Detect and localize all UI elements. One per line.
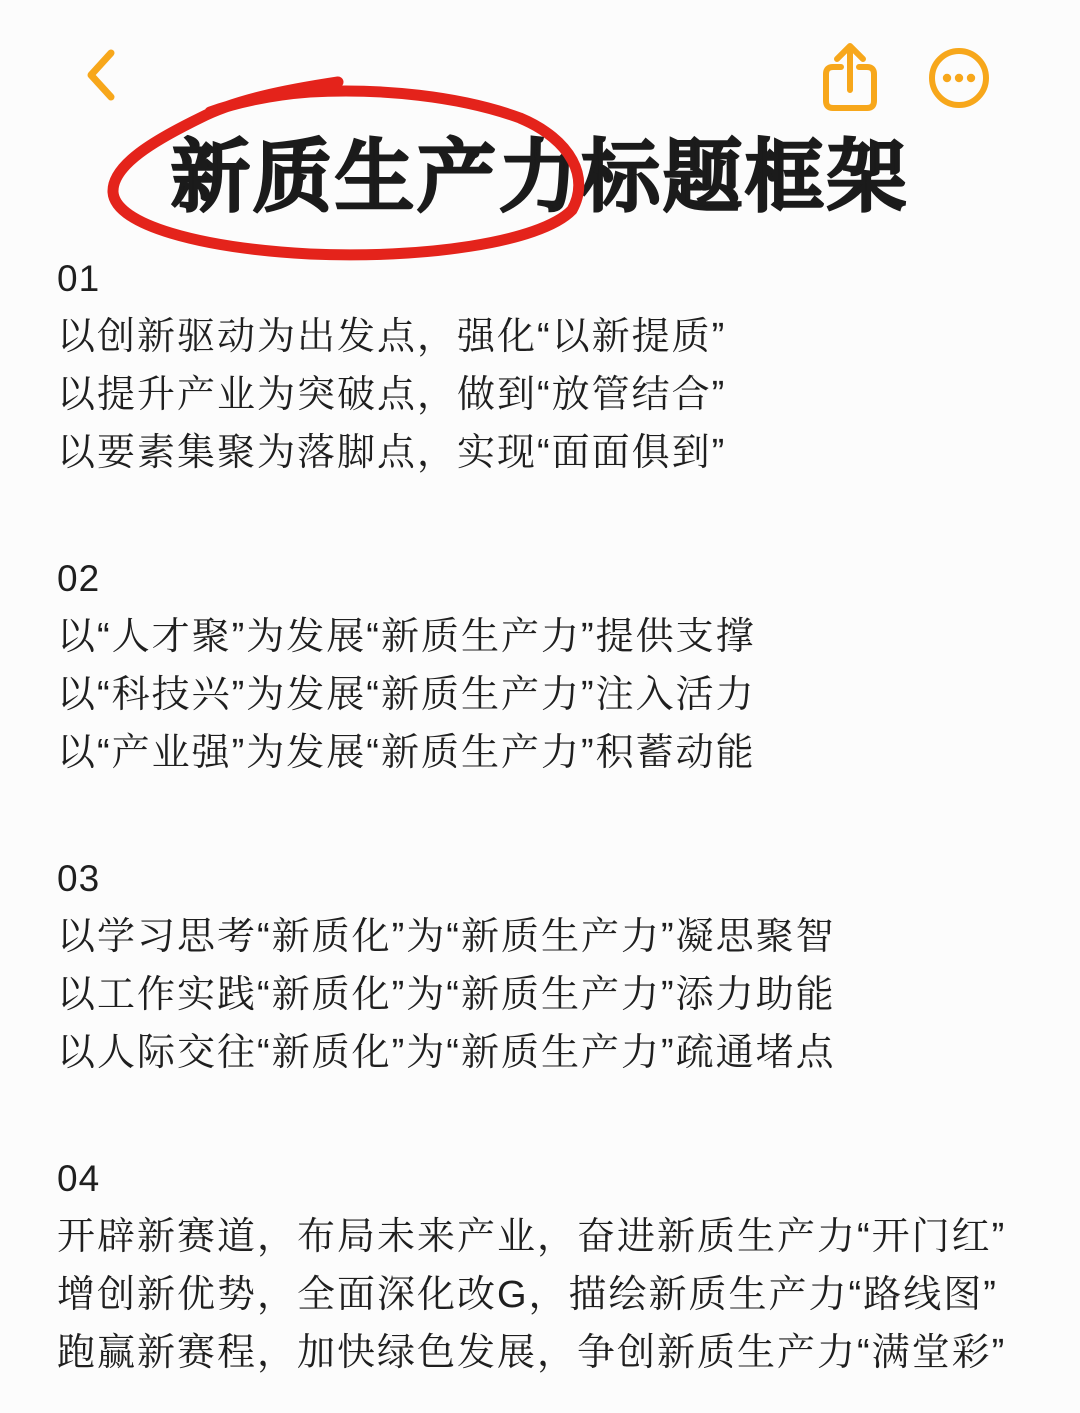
section-line: 增创新优势，全面深化改G，描绘新质生产力“路线图” [57,1266,1050,1324]
section-04: 04 开辟新赛道，布局未来产业，奋进新质生产力“开门红” 增创新优势，全面深化改… [57,1150,1050,1382]
section-line: 以“人才聚”为发展“新质生产力”提供支撑 [57,608,1050,666]
section-number: 04 [57,1150,1050,1208]
share-icon [820,38,880,114]
section-line: 以人际交往“新质化”为“新质生产力”疏通堵点 [57,1024,1050,1082]
section-line: 以“科技兴”为发展“新质生产力”注入活力 [57,666,1050,724]
section-line: 以工作实践“新质化”为“新质生产力”添力助能 [57,966,1050,1024]
back-button[interactable] [80,44,124,109]
section-line: 跑赢新赛程，加快绿色发展，争创新质生产力“满堂彩” [57,1324,1050,1382]
document-page: 新质生产力标题框架 01 以创新驱动为出发点，强化“以新提质” 以提升产业为突破… [0,0,1080,1413]
section-line: 以提升产业为突破点，做到“放管结合” [57,366,1050,424]
section-01: 01 以创新驱动为出发点，强化“以新提质” 以提升产业为突破点，做到“放管结合”… [57,250,1050,482]
section-number: 02 [57,550,1050,608]
section-02: 02 以“人才聚”为发展“新质生产力”提供支撑 以“科技兴”为发展“新质生产力”… [57,550,1050,782]
section-line: 以学习思考“新质化”为“新质生产力”凝思聚智 [57,908,1050,966]
section-number: 03 [57,850,1050,908]
share-button[interactable] [820,38,880,119]
section-line: 以创新驱动为出发点，强化“以新提质” [57,308,1050,366]
section-number: 01 [57,250,1050,308]
document-body: 01 以创新驱动为出发点，强化“以新提质” 以提升产业为突破点，做到“放管结合”… [57,250,1050,1382]
section-03: 03 以学习思考“新质化”为“新质生产力”凝思聚智 以工作实践“新质化”为“新质… [57,850,1050,1082]
page-title: 新质生产力标题框架 [0,124,1080,230]
ellipsis-circle-icon [926,46,992,112]
section-line: 以“产业强”为发展“新质生产力”积蓄动能 [57,724,1050,782]
chevron-left-icon [80,44,124,104]
more-options-button[interactable] [926,46,992,117]
section-line: 开辟新赛道，布局未来产业，奋进新质生产力“开门红” [57,1208,1050,1266]
section-line: 以要素集聚为落脚点，实现“面面俱到” [57,424,1050,482]
